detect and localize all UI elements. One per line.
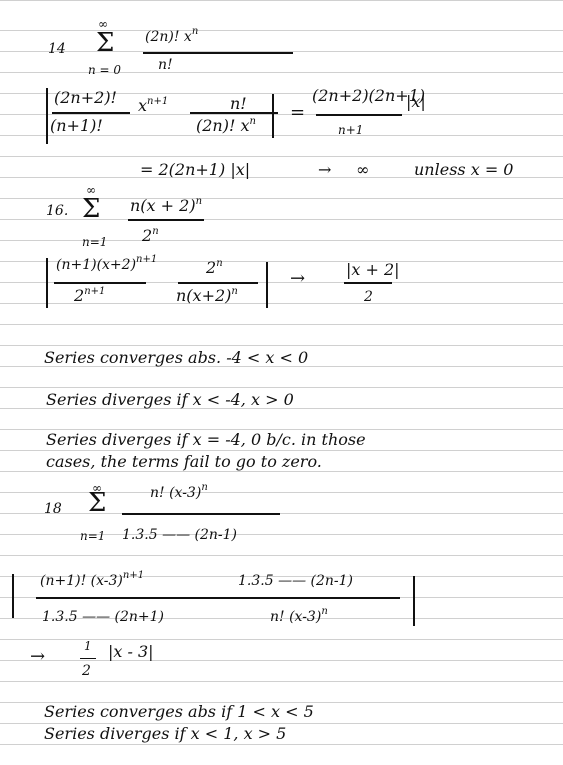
problem-16-number: 16.	[46, 204, 68, 218]
ratio-x-term: xn+1	[138, 98, 168, 114]
fraction-bar	[52, 112, 130, 114]
problem-14-sum-lower: n = 0	[88, 64, 121, 76]
fraction-bar	[122, 513, 280, 515]
limit-frac-num: 1	[84, 640, 92, 652]
ratio-left-num: (2n+2)!	[54, 90, 117, 106]
conclusion-line: Series converges abs. -4 < x < 0	[44, 350, 308, 366]
problem-14-number: 14	[48, 42, 66, 56]
problem-16-denominator: 2n	[142, 228, 159, 244]
ratio-result-den: 2	[364, 290, 373, 304]
fraction-bar	[54, 282, 146, 284]
arrow-right-icon: →	[290, 270, 305, 288]
ratio-right-den: (2n)! xn	[196, 118, 256, 134]
conclusion-line: Series converges abs if 1 < x < 5	[44, 704, 314, 720]
limit-condition: unless x = 0	[414, 162, 513, 178]
sigma-icon: Σ	[96, 30, 114, 56]
fraction-bar	[36, 597, 232, 599]
problem-18-denominator: 1.3.5 —— (2n-1)	[122, 528, 237, 542]
abs-bar-right	[413, 576, 415, 626]
ratio-result-num: |x + 2|	[346, 262, 400, 278]
arrow-right-icon: →	[30, 648, 45, 666]
problem-18-sum-lower: n=1	[80, 530, 105, 542]
ratio-right-num: 1.3.5 —— (2n-1)	[238, 574, 353, 588]
limit-abs-expr: |x - 3|	[108, 644, 154, 660]
problem-16-numerator: n(x + 2)n	[130, 198, 202, 214]
abs-bar-right	[266, 262, 268, 308]
problem-16-sum-lower: n=1	[82, 236, 107, 248]
fraction-bar	[316, 114, 402, 116]
fraction-bar	[128, 219, 204, 221]
abs-bar-left	[46, 88, 48, 144]
ratio-left-den: 1.3.5 —— (2n+1)	[42, 610, 164, 624]
fraction-bar	[190, 112, 278, 114]
conclusion-line: Series diverges if x < 1, x > 5	[44, 726, 286, 742]
problem-18-number: 18	[44, 502, 62, 516]
ratio-right-den: n! (x-3)n	[270, 610, 328, 624]
ratio-right-num: 2n	[206, 260, 223, 276]
fraction-bar	[344, 282, 392, 284]
problem-14-denominator: n!	[158, 58, 173, 72]
limit-value: ∞	[356, 162, 369, 178]
ratio-left-num: (n+1)(x+2)n+1	[56, 258, 157, 272]
lined-notebook-page: 14 ∞ Σ n = 0 (2n)! xn n! (2n+2)! (n+1)! …	[0, 0, 563, 765]
limit-frac-den: 2	[82, 664, 91, 678]
fraction-bar	[80, 658, 96, 659]
equals-sign: =	[290, 104, 305, 122]
fraction-bar	[178, 282, 258, 284]
ratio-right-num: n!	[230, 96, 247, 112]
ratio-left-den: 2n+1	[74, 288, 105, 304]
conclusion-line: Series diverges if x < -4, x > 0	[46, 392, 294, 408]
ratio-left-den: (n+1)!	[50, 118, 103, 134]
conclusion-line: Series diverges if x = -4, 0 b/c. in tho…	[46, 432, 366, 448]
fraction-bar	[232, 597, 400, 599]
arrow-right-icon: →	[318, 162, 331, 178]
ratio-result-den: n+1	[338, 124, 363, 136]
sigma-icon: Σ	[88, 490, 106, 516]
abs-bar-right	[272, 94, 274, 138]
conclusion-line: cases, the terms fail to go to zero.	[46, 454, 322, 470]
ratio-right-den: n(x+2)n	[176, 288, 238, 304]
fraction-bar	[143, 52, 293, 54]
problem-18-numerator: n! (x-3)n	[150, 486, 208, 500]
sigma-icon: Σ	[82, 196, 100, 222]
limit-expression: = 2(2n+1) |x|	[140, 162, 250, 178]
ratio-result-abs: |x|	[406, 94, 426, 110]
abs-bar-left	[12, 574, 14, 618]
abs-bar-left	[46, 258, 48, 308]
problem-14-numerator: (2n)! xn	[145, 30, 198, 44]
ratio-left-num: (n+1)! (x-3)n+1	[40, 574, 144, 588]
